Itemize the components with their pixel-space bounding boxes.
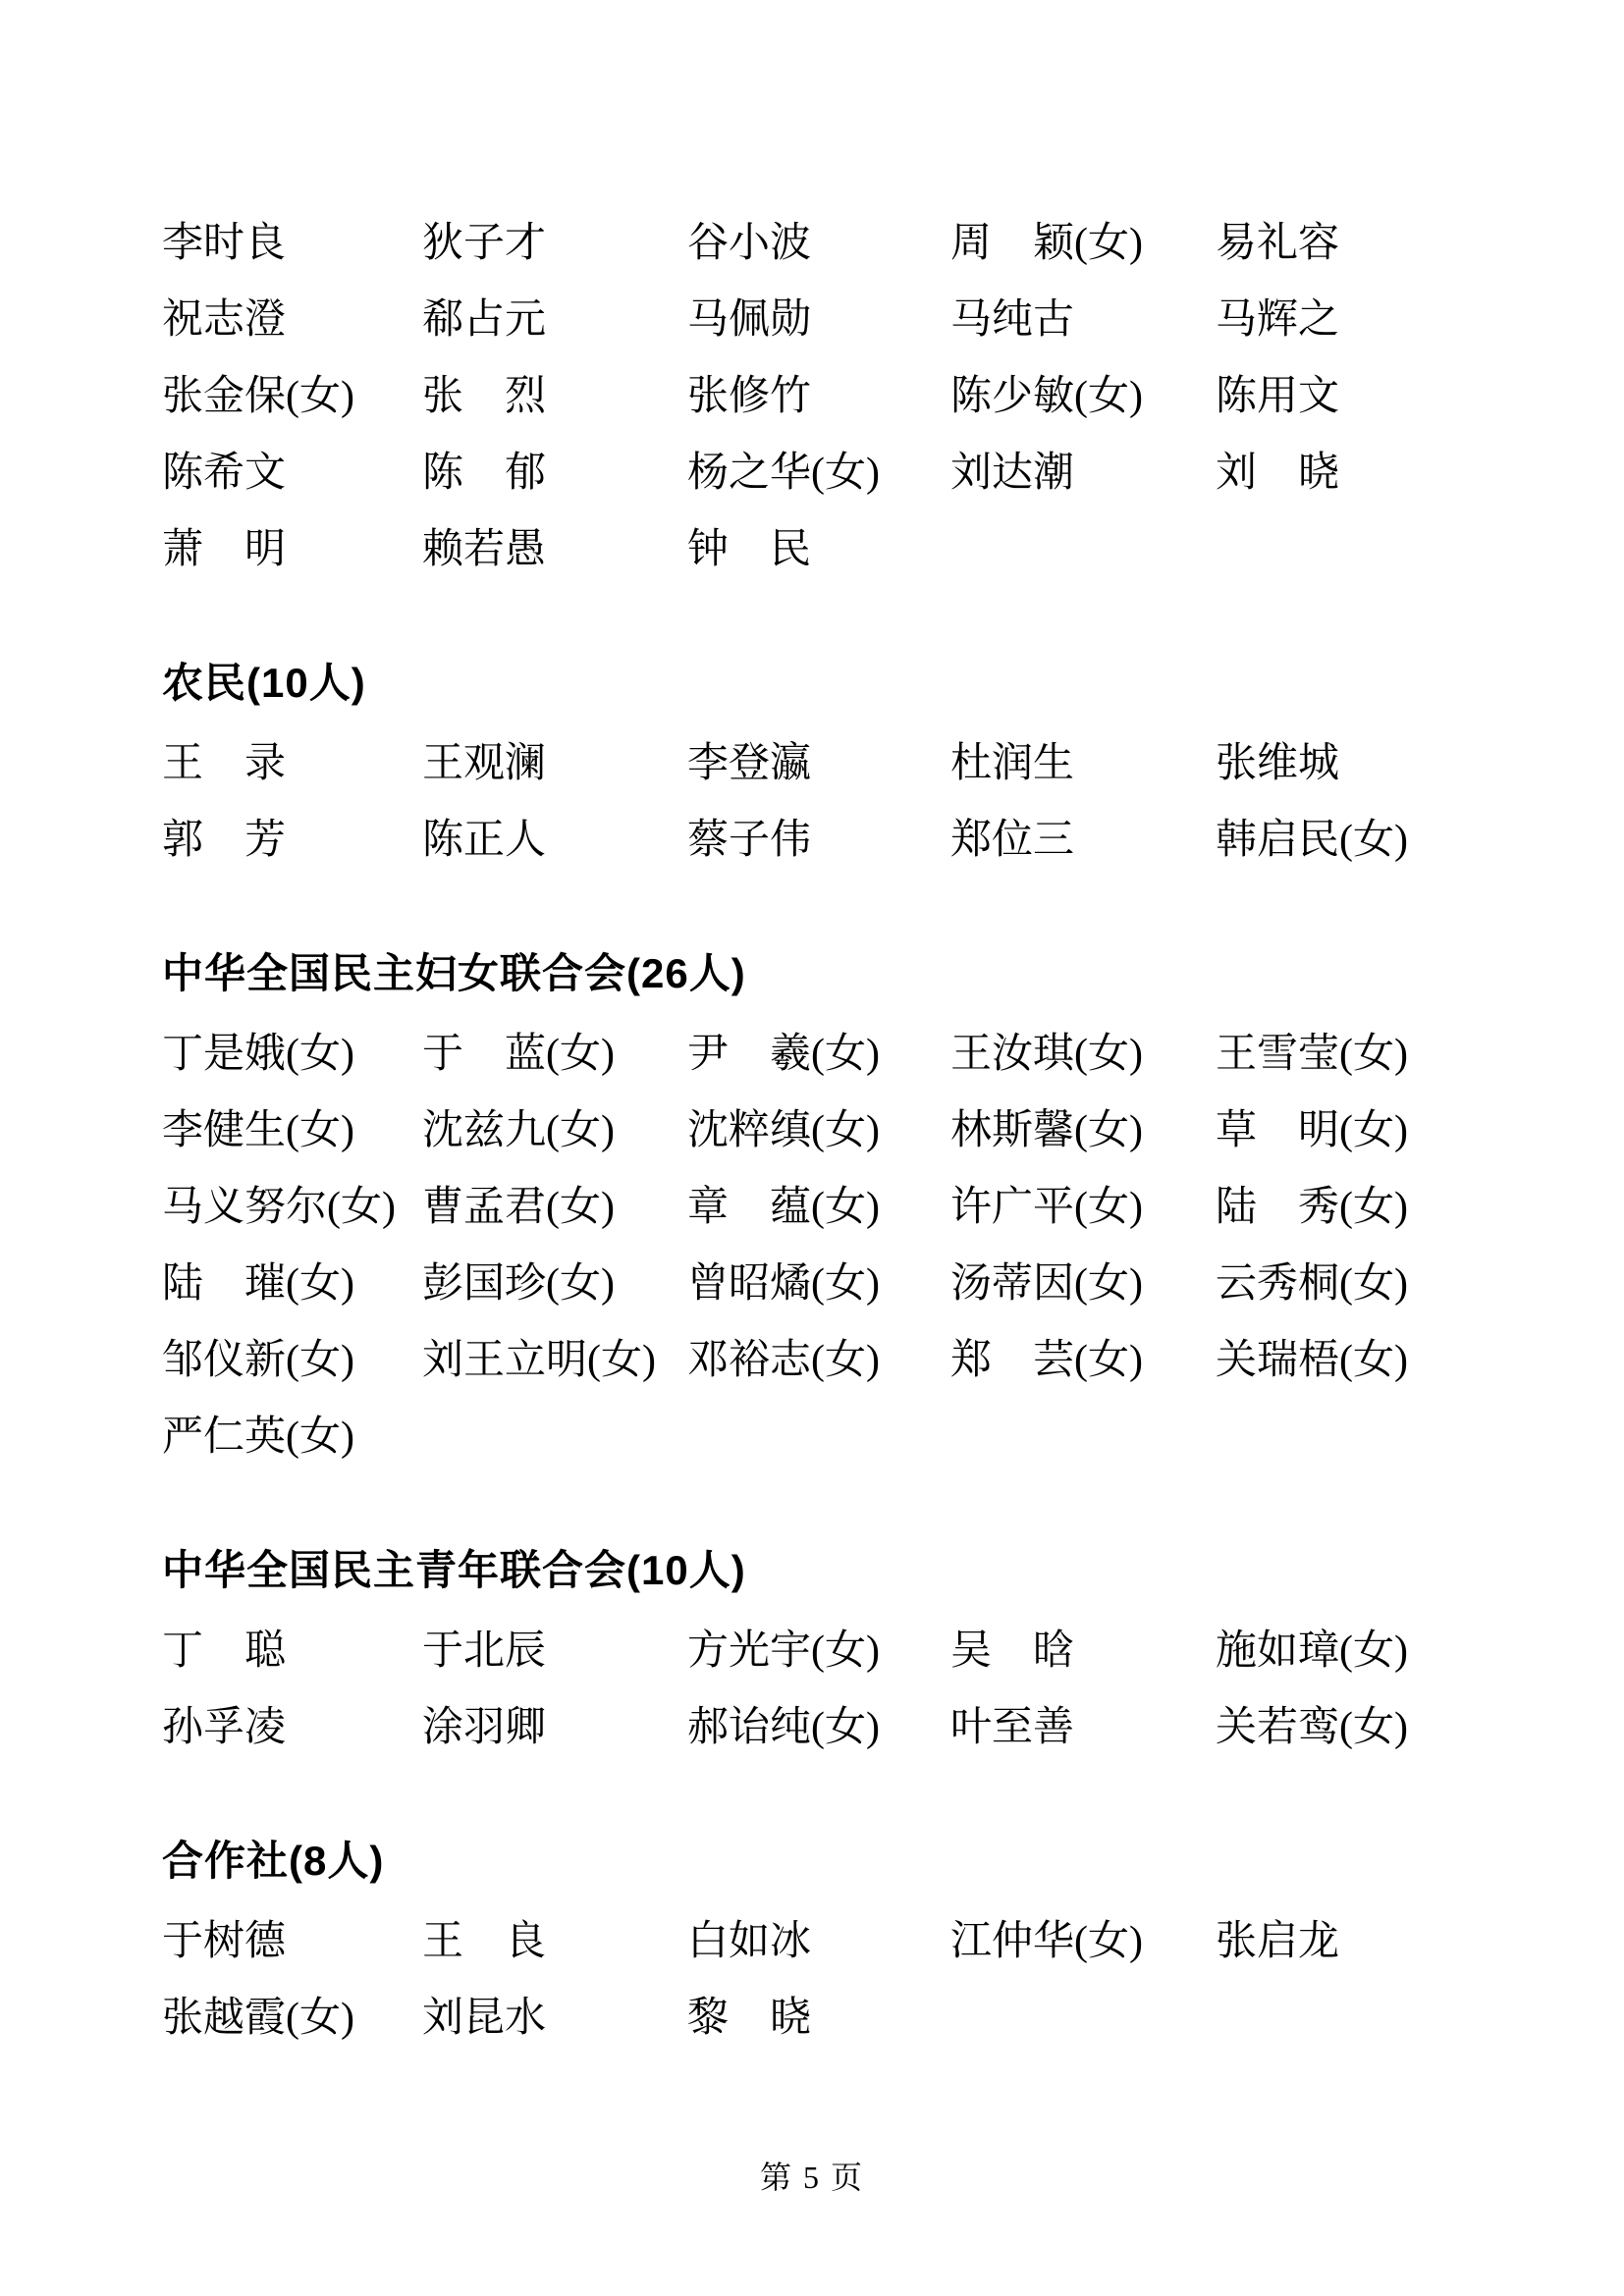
name-entry: 涂羽卿 — [422, 1694, 687, 1753]
name-entry: 吴 晗 — [950, 1618, 1216, 1677]
name-entry: 陆 璀(女) — [162, 1251, 422, 1309]
name-row: 陈希文陈 郁杨之华(女)刘达潮刘 晓 — [162, 431, 1624, 507]
name-row: 李健生(女)沈兹九(女)沈粹缜(女)林斯馨(女)草 明(女) — [162, 1089, 1624, 1165]
name-entry: 于北辰 — [422, 1618, 687, 1677]
name-entry: 彭国珍(女) — [422, 1251, 687, 1309]
name-entry: 陆 秀(女) — [1216, 1174, 1490, 1233]
name-entry: 邓裕志(女) — [687, 1327, 950, 1386]
name-entry: 郗占元 — [422, 287, 687, 346]
name-list: 李时良狄子才谷小波周 颖(女)易礼容祝志澄郗占元马佩勋马纯古马辉之张金保(女)张… — [0, 0, 1624, 2053]
name-entry: 郝诒纯(女) — [687, 1694, 950, 1753]
name-row: 李时良狄子才谷小波周 颖(女)易礼容 — [162, 201, 1624, 278]
section-title: 中华全国民主妇女联合会(26人) — [162, 935, 1624, 1012]
name-entry: 马义努尔(女) — [162, 1174, 422, 1233]
name-section: 农民(10人)王 录王观澜李登瀛杜润生张维城郭 芳陈正人蔡子伟郑位三韩启民(女) — [162, 645, 1624, 875]
name-section: 李时良狄子才谷小波周 颖(女)易礼容祝志澄郗占元马佩勋马纯古马辉之张金保(女)张… — [162, 201, 1624, 584]
name-entry: 云秀桐(女) — [1216, 1251, 1490, 1309]
name-entry: 易礼容 — [1216, 210, 1490, 269]
name-entry: 江仲华(女) — [950, 1908, 1216, 1967]
name-entry: 杨之华(女) — [687, 440, 950, 499]
name-entry: 马佩勋 — [687, 287, 950, 346]
name-entry: 许广平(女) — [950, 1174, 1216, 1233]
section-title: 合作社(8人) — [162, 1823, 1624, 1899]
name-entry: 王汝琪(女) — [950, 1021, 1216, 1080]
name-section: 中华全国民主青年联合会(10人)丁 聪于北辰方光宇(女)吴 晗施如璋(女)孙孚凌… — [162, 1532, 1624, 1762]
name-entry: 王雪莹(女) — [1216, 1021, 1490, 1080]
name-entry: 周 颖(女) — [950, 210, 1216, 269]
name-entry: 陈少敏(女) — [950, 363, 1216, 422]
name-row: 祝志澄郗占元马佩勋马纯古马辉之 — [162, 278, 1624, 354]
name-row: 邹仪新(女)刘王立明(女)邓裕志(女)郑 芸(女)关瑞梧(女) — [162, 1318, 1624, 1395]
name-row: 丁是娥(女)于 蓝(女)尹 羲(女)王汝琪(女)王雪莹(女) — [162, 1012, 1624, 1089]
name-row: 郭 芳陈正人蔡子伟郑位三韩启民(女) — [162, 798, 1624, 875]
name-entry: 丁 聪 — [162, 1618, 422, 1677]
name-entry: 萧 明 — [162, 516, 422, 575]
name-entry: 蔡子伟 — [687, 807, 950, 866]
name-entry: 黎 晓 — [687, 1985, 950, 2044]
name-entry: 陈希文 — [162, 440, 422, 499]
name-entry: 郑位三 — [950, 807, 1216, 866]
name-entry: 杜润生 — [950, 730, 1216, 789]
name-entry: 张金保(女) — [162, 363, 422, 422]
name-entry: 张 烈 — [422, 363, 687, 422]
name-entry: 白如冰 — [687, 1908, 950, 1967]
name-entry: 王 良 — [422, 1908, 687, 1967]
name-entry: 陈正人 — [422, 807, 687, 866]
section-title: 中华全国民主青年联合会(10人) — [162, 1532, 1624, 1609]
name-entry: 方光宇(女) — [687, 1618, 950, 1677]
section-title: 农民(10人) — [162, 645, 1624, 721]
name-entry: 张启龙 — [1216, 1908, 1490, 1967]
name-entry: 李登瀛 — [687, 730, 950, 789]
name-row: 于树德王 良白如冰江仲华(女)张启龙 — [162, 1899, 1624, 1976]
page-number: 第 5 页 — [0, 2153, 1624, 2198]
name-entry: 丁是娥(女) — [162, 1021, 422, 1080]
name-entry: 刘 晓 — [1216, 440, 1490, 499]
name-section: 中华全国民主妇女联合会(26人)丁是娥(女)于 蓝(女)尹 羲(女)王汝琪(女)… — [162, 935, 1624, 1471]
name-entry: 王 录 — [162, 730, 422, 789]
name-entry: 狄子才 — [422, 210, 687, 269]
name-entry: 于 蓝(女) — [422, 1021, 687, 1080]
name-row: 孙孚凌涂羽卿郝诒纯(女)叶至善关若鸾(女) — [162, 1685, 1624, 1762]
name-entry: 陈 郁 — [422, 440, 687, 499]
name-entry: 严仁英(女) — [162, 1404, 422, 1463]
name-entry: 祝志澄 — [162, 287, 422, 346]
name-row: 严仁英(女) — [162, 1395, 1624, 1471]
name-entry: 关若鸾(女) — [1216, 1694, 1490, 1753]
name-row: 丁 聪于北辰方光宇(女)吴 晗施如璋(女) — [162, 1609, 1624, 1685]
name-entry: 叶至善 — [950, 1694, 1216, 1753]
name-entry: 李健生(女) — [162, 1097, 422, 1156]
name-entry: 韩启民(女) — [1216, 807, 1490, 866]
name-entry: 张修竹 — [687, 363, 950, 422]
name-entry: 刘王立明(女) — [422, 1327, 687, 1386]
name-entry: 谷小波 — [687, 210, 950, 269]
name-row: 马义努尔(女)曹孟君(女)章 蕴(女)许广平(女)陆 秀(女) — [162, 1165, 1624, 1242]
name-entry: 曾昭燏(女) — [687, 1251, 950, 1309]
name-entry: 关瑞梧(女) — [1216, 1327, 1490, 1386]
name-entry: 尹 羲(女) — [687, 1021, 950, 1080]
name-entry: 孙孚凌 — [162, 1694, 422, 1753]
name-entry: 赖若愚 — [422, 516, 687, 575]
name-entry: 章 蕴(女) — [687, 1174, 950, 1233]
name-entry: 郑 芸(女) — [950, 1327, 1216, 1386]
name-entry: 郭 芳 — [162, 807, 422, 866]
name-row: 张越霞(女)刘昆水黎 晓 — [162, 1976, 1624, 2053]
name-entry: 草 明(女) — [1216, 1097, 1490, 1156]
name-entry: 马纯古 — [950, 287, 1216, 346]
name-section: 合作社(8人)于树德王 良白如冰江仲华(女)张启龙张越霞(女)刘昆水黎 晓 — [162, 1823, 1624, 2053]
name-row: 王 录王观澜李登瀛杜润生张维城 — [162, 721, 1624, 798]
name-entry: 曹孟君(女) — [422, 1174, 687, 1233]
name-entry: 王观澜 — [422, 730, 687, 789]
name-entry: 邹仪新(女) — [162, 1327, 422, 1386]
name-entry: 沈兹九(女) — [422, 1097, 687, 1156]
name-entry: 刘达潮 — [950, 440, 1216, 499]
name-entry: 陈用文 — [1216, 363, 1490, 422]
name-entry: 于树德 — [162, 1908, 422, 1967]
name-entry: 沈粹缜(女) — [687, 1097, 950, 1156]
name-entry: 张维城 — [1216, 730, 1490, 789]
name-entry: 施如璋(女) — [1216, 1618, 1490, 1677]
name-row: 张金保(女)张 烈张修竹陈少敏(女)陈用文 — [162, 354, 1624, 431]
name-entry: 汤蒂因(女) — [950, 1251, 1216, 1309]
name-entry: 马辉之 — [1216, 287, 1490, 346]
name-entry: 刘昆水 — [422, 1985, 687, 2044]
name-row: 陆 璀(女)彭国珍(女)曾昭燏(女)汤蒂因(女)云秀桐(女) — [162, 1242, 1624, 1318]
name-entry: 李时良 — [162, 210, 422, 269]
name-entry: 林斯馨(女) — [950, 1097, 1216, 1156]
name-entry: 钟 民 — [687, 516, 950, 575]
name-entry: 张越霞(女) — [162, 1985, 422, 2044]
name-row: 萧 明赖若愚钟 民 — [162, 507, 1624, 584]
